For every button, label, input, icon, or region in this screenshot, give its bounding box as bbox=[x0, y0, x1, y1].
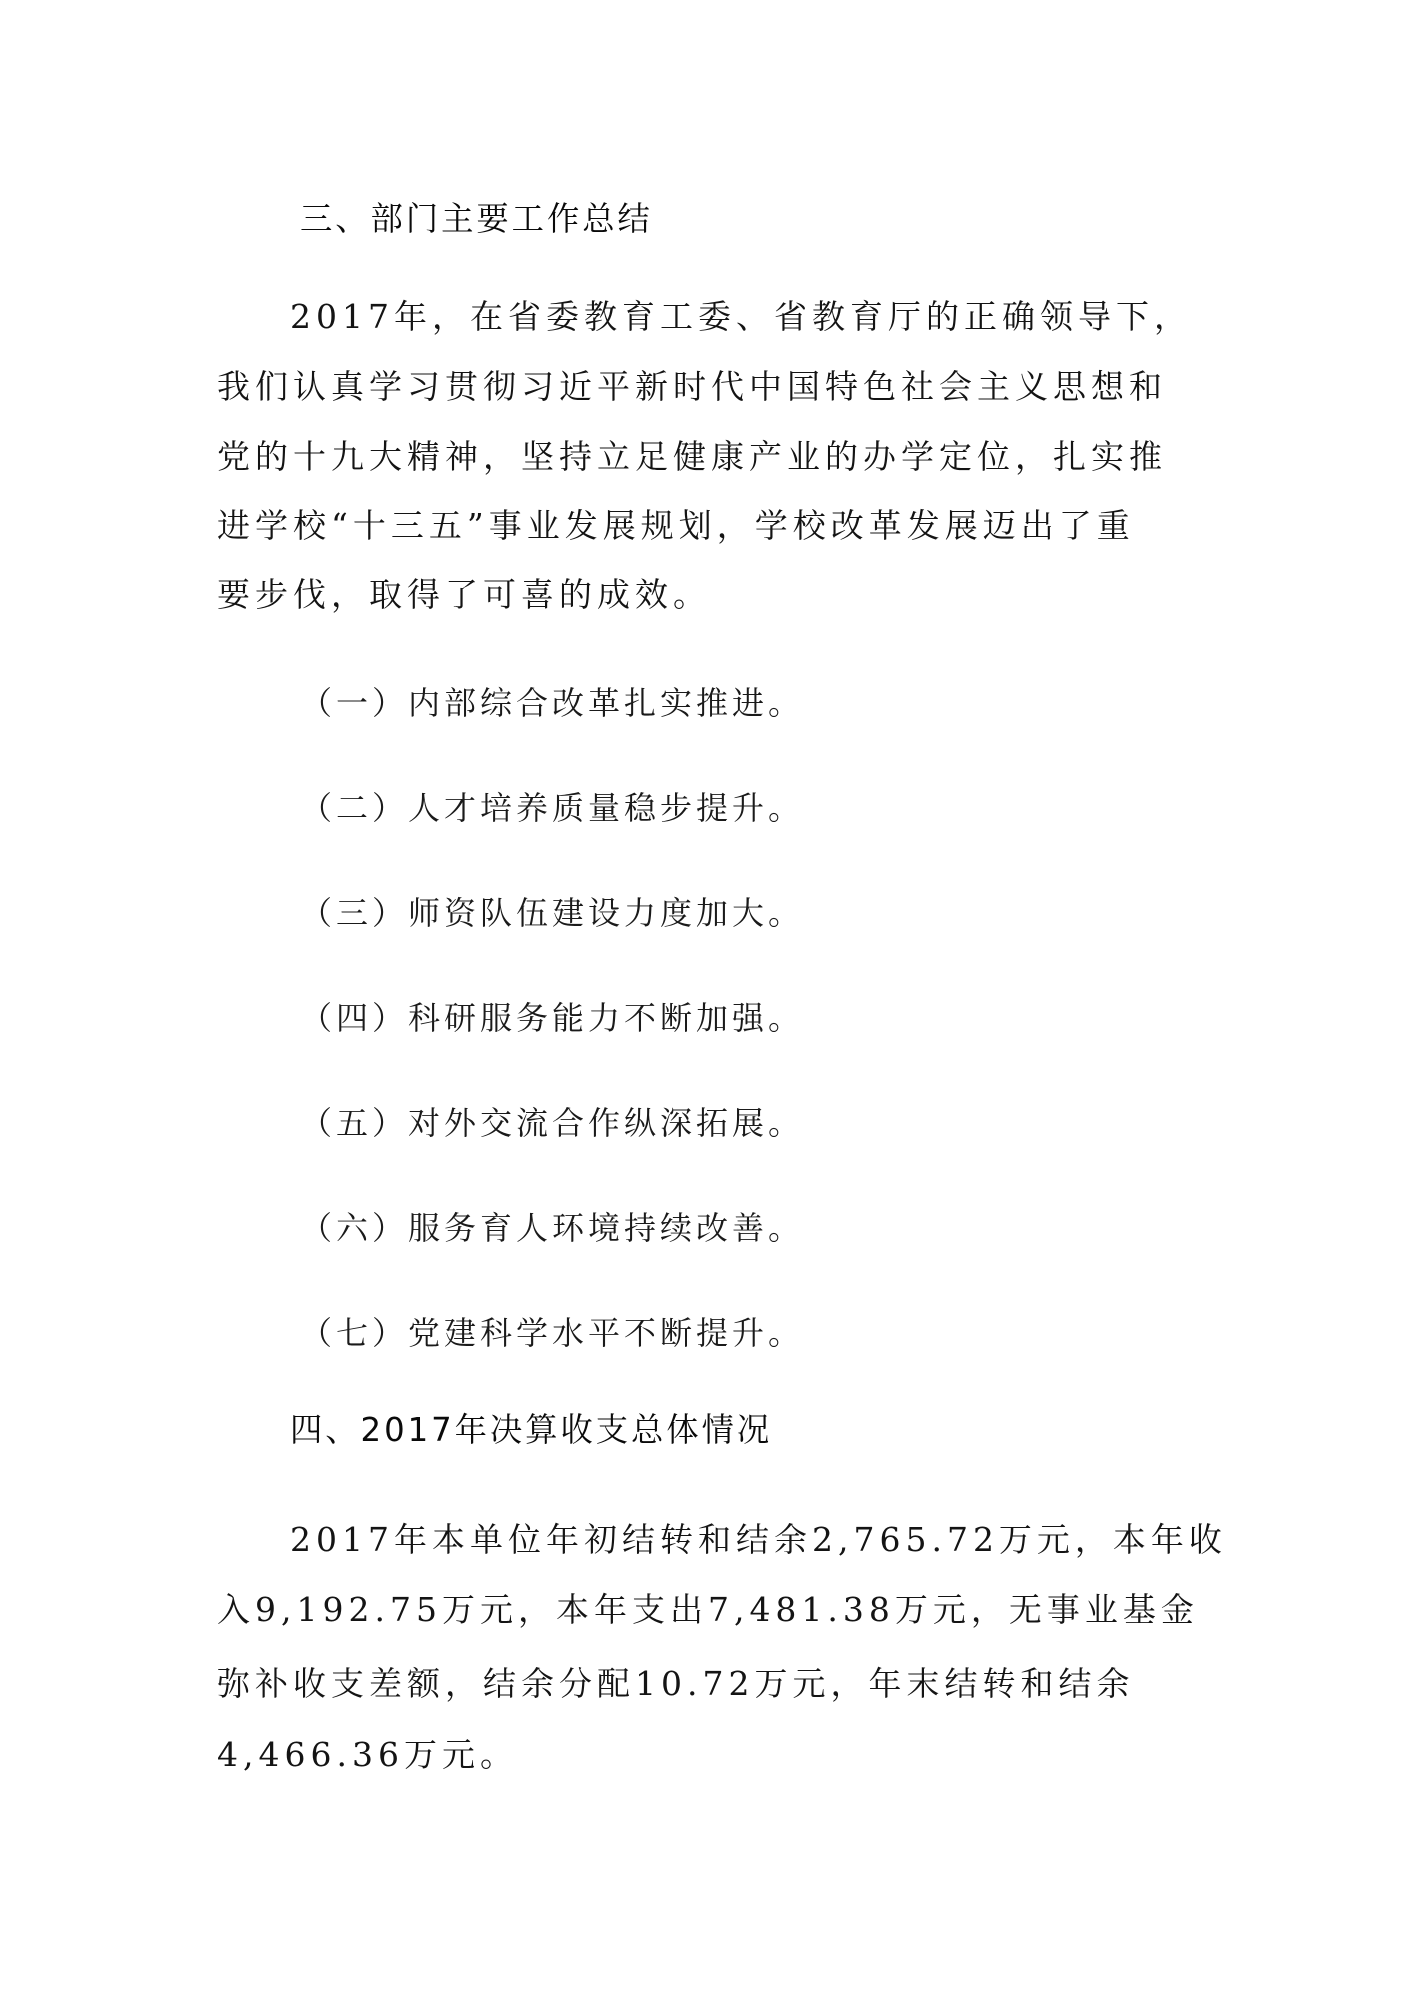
list-item: （二）人才培养质量稳步提升。 bbox=[300, 792, 804, 824]
paragraph-line: 入9,192.75万元，本年支出7,481.38万元，无事业基金 bbox=[217, 1593, 1199, 1626]
paragraph-line: 弥补收支差额，结余分配10.72万元，年末结转和结余 bbox=[217, 1667, 1134, 1700]
paragraph-line: 要步伐，取得了可喜的成效。 bbox=[217, 578, 711, 611]
section-4-heading: 四、2017年决算收支总体情况 bbox=[290, 1413, 772, 1446]
list-item: （三）师资队伍建设力度加大。 bbox=[300, 897, 804, 929]
paragraph-line: 我们认真学习贯彻习近平新时代中国特色社会主义思想和 bbox=[217, 370, 1167, 403]
list-item: （一）内部综合改革扎实推进。 bbox=[300, 687, 804, 719]
list-item: （五）对外交流合作纵深拓展。 bbox=[300, 1107, 804, 1139]
list-item: （七）党建科学水平不断提升。 bbox=[300, 1317, 804, 1349]
section-3-heading: 三、部门主要工作总结 bbox=[300, 202, 653, 235]
list-item: （六）服务育人环境持续改善。 bbox=[300, 1212, 804, 1244]
paragraph-line: 党的十九大精神，坚持立足健康产业的办学定位，扎实推 bbox=[217, 440, 1167, 473]
paragraph-line: 进学校“十三五”事业发展规划，学校改革发展迈出了重 bbox=[217, 509, 1135, 542]
list-item: （四）科研服务能力不断加强。 bbox=[300, 1002, 804, 1034]
paragraph-line: 2017年，在省委教育工委、省教育厅的正确领导下， bbox=[290, 300, 1192, 333]
paragraph-line: 2017年本单位年初结转和结余2,765.72万元，本年收 bbox=[290, 1523, 1227, 1556]
paragraph-line: 4,466.36万元。 bbox=[217, 1738, 518, 1771]
